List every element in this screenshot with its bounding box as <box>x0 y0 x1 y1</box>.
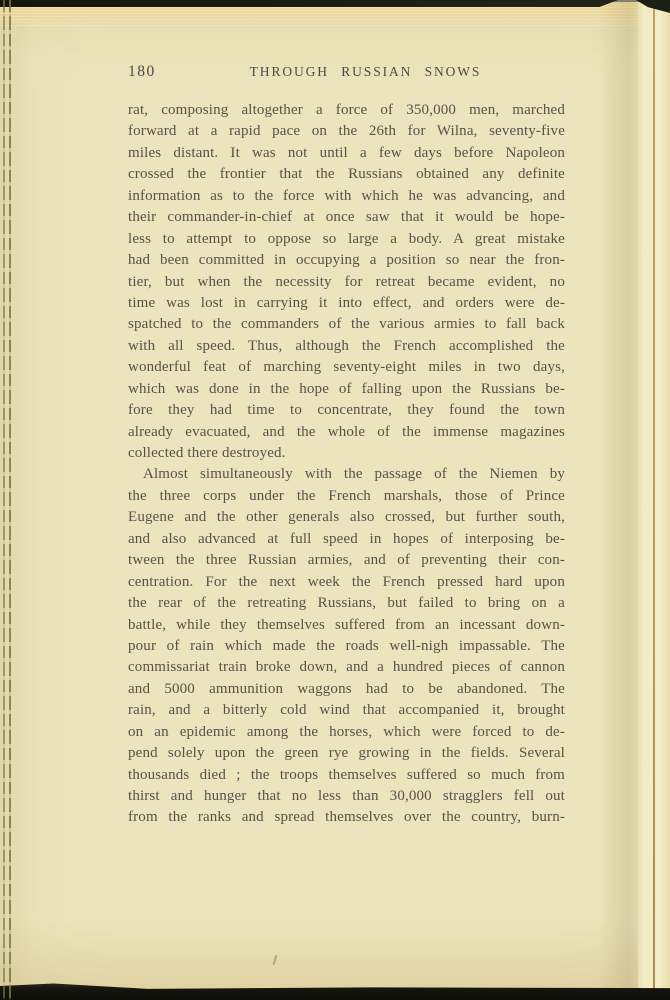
text-block: rat, composing altogether a force of 350… <box>128 100 565 829</box>
text-line: had been committed in occupying a positi… <box>128 250 565 271</box>
text-line: and 5000 ammunition waggons had to be ab… <box>128 679 565 700</box>
text-line: on an epidemic among the horses, which w… <box>128 722 565 743</box>
text-line: the rear of the retreating Russians, but… <box>128 593 565 614</box>
text-line: less to attempt to oppose so large a bod… <box>128 229 565 250</box>
text-line: miles distant. It was not until a few da… <box>128 143 565 164</box>
text-line: wonderful feat of marching seventy-eight… <box>128 357 565 378</box>
text-line: collected there destroyed. <box>128 443 565 464</box>
text-line: and also advanced at full speed in hopes… <box>128 529 565 550</box>
text-line: thirst and hunger that no less than 30,0… <box>128 786 565 807</box>
cover-edge-top <box>0 0 618 7</box>
text-line: fore they had time to concentrate, they … <box>128 400 565 421</box>
binding-stitch-line <box>3 0 5 1000</box>
text-line: spatched to the commanders of the variou… <box>128 314 565 335</box>
text-line: with all speed. Thus, although the Frenc… <box>128 336 565 357</box>
text-line: time was lost in carrying it into effect… <box>128 293 565 314</box>
text-line: Almost simultaneously with the passage o… <box>128 464 565 485</box>
binding-stitch-line <box>9 0 11 1000</box>
page-header: 180 THROUGH RUSSIAN SNOWS <box>128 63 565 83</box>
text-line: tier, but when the necessity for retreat… <box>128 272 565 293</box>
text-line: rat, composing altogether a force of 350… <box>128 100 565 121</box>
text-line: forward at a rapid pace on the 26th for … <box>128 121 565 142</box>
text-line: crossed the frontier that the Russians o… <box>128 164 565 185</box>
text-line: their commander-in-chief at once saw tha… <box>128 207 565 228</box>
fore-edge-line <box>653 0 655 1000</box>
book-top-page-edges <box>0 4 670 28</box>
text-line: the three corps under the French marshal… <box>128 486 565 507</box>
text-line: tween the three Russian armies, and of p… <box>128 550 565 571</box>
text-line: centration. For the next week the French… <box>128 572 565 593</box>
text-line: already evacuated, and the whole of the … <box>128 422 565 443</box>
book-page-scan: 180 THROUGH RUSSIAN SNOWS rat, composing… <box>0 0 670 1000</box>
text-line: information as to the force with which h… <box>128 186 565 207</box>
text-line: Eugene and the other generals also cross… <box>128 507 565 528</box>
text-line: pend solely upon the green rye growing i… <box>128 743 565 764</box>
text-line: battle, while they themselves suffered f… <box>128 615 565 636</box>
text-line: rain, and a bitterly cold wind that acco… <box>128 700 565 721</box>
running-title: THROUGH RUSSIAN SNOWS <box>147 64 584 80</box>
page-curl-shadow <box>598 0 642 1000</box>
text-line: pour of rain which made the roads well-n… <box>128 636 565 657</box>
text-line: commissariat train broke down, and a hun… <box>128 657 565 678</box>
text-line: from the ranks and spread themselves ove… <box>128 807 565 828</box>
text-line: which was done in the hope of falling up… <box>128 379 565 400</box>
text-line: thousands died ; the troops themselves s… <box>128 765 565 786</box>
